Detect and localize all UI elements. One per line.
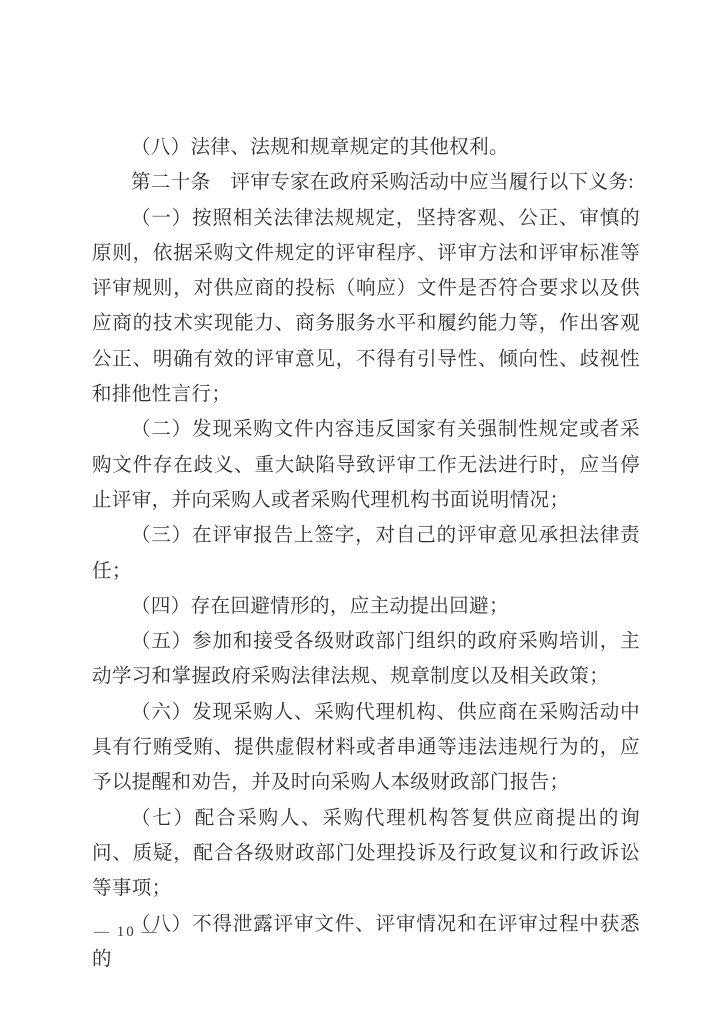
paragraph-duty-3: （三）在评审报告上签字，对自己的评审意见承担法律责任； — [92, 518, 640, 589]
page-number: — 10 — — [94, 924, 159, 941]
paragraph-duty-2: （二）发现采购文件内容违反国家有关强制性规定或者采购文件存在歧义、重大缺陷导致评… — [92, 412, 640, 518]
paragraph-article-20-heading: 第二十条 评审专家在政府采购活动中应当履行以下义务: — [92, 165, 640, 200]
paragraph-rights-other: （八）法律、法规和规章规定的其他权利。 — [92, 130, 640, 165]
document-body: （八）法律、法规和规章规定的其他权利。 第二十条 评审专家在政府采购活动中应当履… — [92, 130, 640, 977]
paragraph-duty-1: （一）按照相关法律法规规定，坚持客观、公正、审慎的原则，依据采购文件规定的评审程… — [92, 201, 640, 413]
paragraph-duty-8: （八）不得泄露评审文件、评审情况和在评审过程中获悉的 — [92, 907, 640, 978]
paragraph-duty-6: （六）发现采购人、采购代理机构、供应商在采购活动中具有行贿受贿、提供虚假材料或者… — [92, 695, 640, 801]
paragraph-duty-5: （五）参加和接受各级财政部门组织的政府采购培训，主动学习和掌握政府采购法律法规、… — [92, 624, 640, 695]
document-page: （八）法律、法规和规章规定的其他权利。 第二十条 评审专家在政府采购活动中应当履… — [0, 0, 724, 1024]
paragraph-duty-7: （七）配合采购人、采购代理机构答复供应商提出的询问、质疑，配合各级财政部门处理投… — [92, 801, 640, 907]
paragraph-duty-4: （四）存在回避情形的，应主动提出回避； — [92, 589, 640, 624]
